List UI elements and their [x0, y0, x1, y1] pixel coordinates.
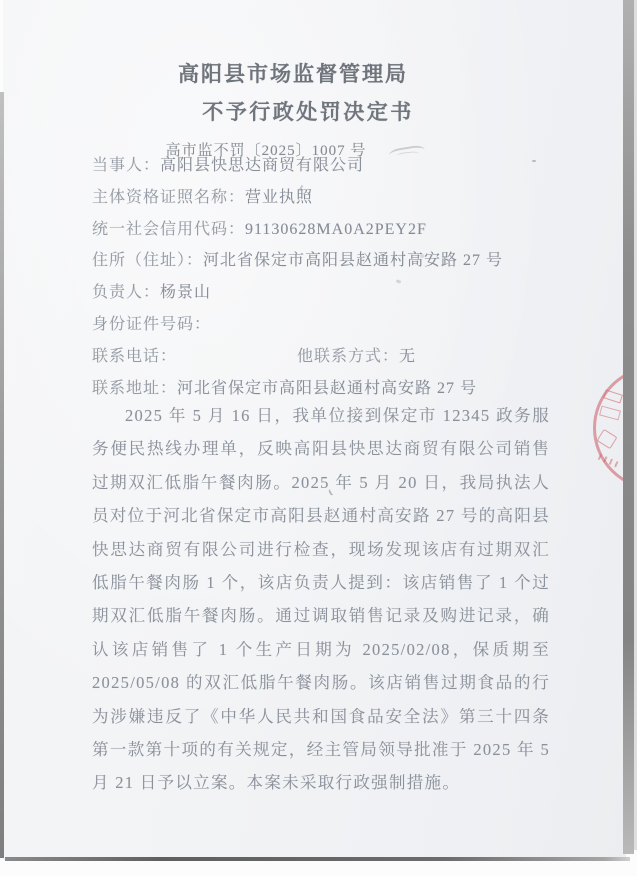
document-header: 高阳县市场监督管理局 不予行政处罚决定书 高市监不罚〔2025〕1007 号	[92, 58, 550, 160]
field-value: 无	[399, 348, 416, 365]
document-title: 不予行政处罚决定书	[79, 96, 537, 126]
field-value: 91130628MA0A2PEY2F	[245, 221, 427, 238]
scan-speck	[420, 254, 424, 258]
field-label: 负责人：	[92, 284, 160, 301]
body-paragraph: 2025 年 5 月 16 日，我单位接到保定市 12345 政务服务便民热线办…	[92, 399, 550, 800]
field-value: 高阳县快思达商贸有限公司	[160, 157, 364, 174]
field-value: 营业执照	[245, 189, 313, 206]
scan-speck	[532, 160, 536, 162]
field-label: 当事人：	[92, 157, 160, 174]
scan-edge-left	[0, 92, 4, 858]
field-label: 身份证件号码：	[92, 316, 211, 333]
field-other-contact: 他联系方式：无	[297, 341, 416, 373]
field-label: 联系电话：	[92, 348, 177, 365]
field-row-id-number: 身份证件号码：	[92, 309, 562, 341]
field-value: 河北省保定市高阳县赵通村高安路 27 号	[203, 252, 503, 269]
field-row-person-in-charge: 负责人：杨景山	[92, 277, 562, 309]
field-row-address: 住所（住址）：河北省保定市高阳县赵通村高安路 27 号	[92, 245, 562, 277]
field-label: 统一社会信用代码：	[92, 221, 245, 238]
party-info-section: 当事人：高阳县快思达商贸有限公司 主体资格证照名称：营业执照 统一社会信用代码：…	[92, 150, 562, 404]
field-row-party: 当事人：高阳县快思达商贸有限公司	[92, 150, 562, 182]
scan-edge-right	[623, 0, 634, 854]
scan-edge-bottom	[5, 857, 630, 861]
field-label: 住所（住址）：	[92, 252, 203, 269]
field-row-phone: 联系电话： 他联系方式：无	[92, 341, 562, 373]
field-label: 主体资格证照名称：	[92, 189, 245, 206]
field-value: 杨景山	[160, 284, 211, 301]
field-row-license-name: 主体资格证照名称：营业执照	[92, 182, 562, 214]
field-label: 联系地址：	[92, 380, 177, 397]
field-label: 他联系方式：	[297, 348, 399, 365]
field-value: 河北省保定市高阳县赵通村高安路 27 号	[177, 380, 477, 397]
field-row-credit-code: 统一社会信用代码：91130628MA0A2PEY2F	[92, 214, 562, 246]
authority-name: 高阳县市场监督管理局	[64, 58, 522, 88]
